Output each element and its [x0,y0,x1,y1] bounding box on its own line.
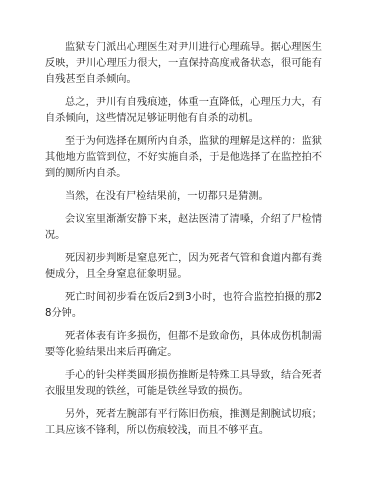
paragraph: 会议室里渐渐安静下来，赵法医清了清嗓，介绍了尸检情况。 [45,212,322,244]
paragraph: 死者体表有许多损伤，但都不是致命伤，具体成伤机制需要等化验结果出来后再确定。 [45,329,322,361]
paragraph: 另外，死者左腕部有平行陈旧伤痕，推测是割腕试切痕；工具应该不锋利，所以伤痕较浅，… [45,407,322,439]
document-page: 监狱专门派出心理医生对尹川进行心理疏导。据心理医生反映，尹川心理压力很大，一直保… [45,40,322,446]
paragraph: 当然，在没有尸检结果前，一切都只是猜测。 [45,189,322,205]
paragraph: 死亡时间初步看在饭后2到3小时，也符合监控拍摄的那28分钟。 [45,290,322,322]
paragraph: 总之，尹川有自残痕迹，体重一直降低，心理压力大，有自杀倾向，这些情况足够证明他有… [45,95,322,127]
paragraph: 监狱专门派出心理医生对尹川进行心理疏导。据心理医生反映，尹川心理压力很大，一直保… [45,40,322,88]
paragraph: 至于为何选择在厕所内自杀，监狱的理解是这样的：监狱其他地方监管到位，不好实施自杀… [45,134,322,182]
paragraph: 手心的针尖样类圆形损伤推断是特殊工具导致，结合死者衣服里发现的铁丝，可能是铁丝导… [45,368,322,400]
paragraph: 死因初步判断是窒息死亡，因为死者气管和食道内都有粪便成分，且全身窒息征象明显。 [45,251,322,283]
